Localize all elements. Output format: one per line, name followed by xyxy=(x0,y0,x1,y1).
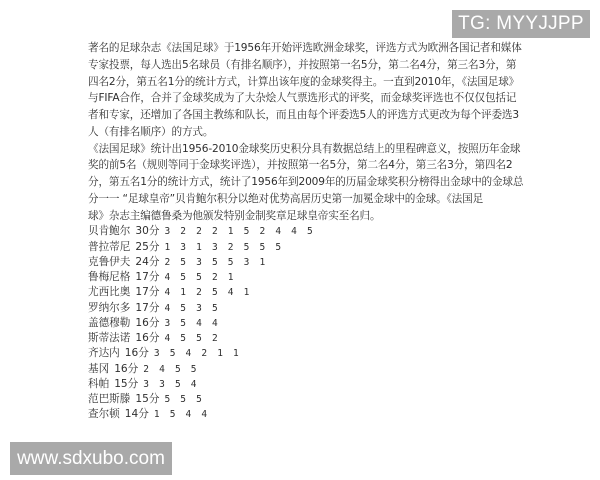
watermark-website: www.sdxubo.com xyxy=(10,442,172,475)
text-line: 与FIFA合作，合并了金球奖成为了大杂烩人气票选形式的评奖，而金球奖评选也不仅仅… xyxy=(88,90,538,107)
player-votes: 2 5 3 5 5 3 1 xyxy=(164,257,267,268)
player-ranking-list: 贝肯鲍尔30分3 2 2 2 1 5 2 4 4 5 普拉蒂尼25分1 3 1 … xyxy=(88,224,538,422)
player-points: 17分 xyxy=(135,286,159,298)
player-name: 科帕 xyxy=(88,377,109,392)
player-row: 鲁梅尼格17分4 5 5 2 1 xyxy=(88,270,538,285)
text-line: 著名的足球杂志《法国足球》于1956年开始评选欧洲金球奖，评选方式为欧洲各国记者… xyxy=(88,40,538,57)
player-points: 16分 xyxy=(135,317,159,329)
player-points: 16分 xyxy=(135,332,159,344)
player-name: 查尔顿 xyxy=(88,407,120,422)
text-line: 奖的前5名（规则等同于金球奖评选），并按照第一名5分，第二名4分，第三名3分，第… xyxy=(88,157,538,174)
text-line: 四名2分，第五名1分的统计方式，计算出该年度的金球奖得主。一直到2010年，《法… xyxy=(88,74,538,91)
player-row: 罗纳尔多17分4 5 3 5 xyxy=(88,301,538,316)
player-name: 普拉蒂尼 xyxy=(88,240,130,255)
player-points: 16分 xyxy=(114,363,138,375)
text-line: 球》杂志主编德鲁桑为他颁发特别金制奖章足球皇帝实至名归。 xyxy=(88,208,538,225)
player-points: 15分 xyxy=(114,378,138,390)
player-points: 15分 xyxy=(135,393,159,405)
paragraph-intro: 著名的足球杂志《法国足球》于1956年开始评选欧洲金球奖，评选方式为欧洲各国记者… xyxy=(88,40,538,141)
player-name: 齐达内 xyxy=(88,346,120,361)
text-line: 分，第五名1分的统计方式，统计了1956年到2009年的历届金球奖积分榜得出金球… xyxy=(88,174,538,191)
player-votes: 1 3 1 3 2 5 5 5 xyxy=(164,242,283,253)
player-row: 普拉蒂尼25分1 3 1 3 2 5 5 5 xyxy=(88,240,538,255)
article-body: 著名的足球杂志《法国足球》于1956年开始评选欧洲金球奖，评选方式为欧洲各国记者… xyxy=(88,40,538,423)
player-points: 30分 xyxy=(135,225,159,237)
player-points: 14分 xyxy=(125,408,149,420)
player-votes: 4 5 5 2 1 xyxy=(164,272,235,283)
player-name: 盖德穆勒 xyxy=(88,316,130,331)
player-name: 贝肯鲍尔 xyxy=(88,224,130,239)
player-points: 16分 xyxy=(125,347,149,359)
player-points: 17分 xyxy=(135,271,159,283)
player-points: 24分 xyxy=(135,256,159,268)
player-name: 尤西比奥 xyxy=(88,285,130,300)
text-line: 分一一 “足球皇帝”贝肯鲍尔积分以绝对优势高居历史第一加冕金球中的金球。《法国足 xyxy=(88,191,538,208)
player-votes: 4 1 2 5 4 1 xyxy=(164,287,251,298)
player-name: 鲁梅尼格 xyxy=(88,270,130,285)
player-row: 范巴斯滕15分5 5 5 xyxy=(88,392,538,407)
text-line: 专家投票，每人选出5名球员（有排名顺序），并按照第一名5分，第二名4分，第三名3… xyxy=(88,57,538,74)
player-votes: 2 4 5 5 xyxy=(143,364,198,375)
player-name: 克鲁伊夫 xyxy=(88,255,130,270)
player-row: 尤西比奥17分4 1 2 5 4 1 xyxy=(88,285,538,300)
text-line: 《法国足球》统计出1956-2010金球奖历史积分具有数据总结上的里程碑意义，按… xyxy=(88,141,538,158)
player-row: 基冈16分2 4 5 5 xyxy=(88,362,538,377)
player-row: 齐达内16分3 5 4 2 1 1 xyxy=(88,346,538,361)
player-votes: 3 5 4 2 1 1 xyxy=(154,348,241,359)
watermark-telegram: TG: MYYJJPP xyxy=(452,10,590,38)
player-votes: 3 5 4 4 xyxy=(164,318,219,329)
player-votes: 4 5 5 2 xyxy=(164,333,219,344)
player-name: 斯蒂法诺 xyxy=(88,331,130,346)
player-name: 罗纳尔多 xyxy=(88,301,130,316)
player-name: 范巴斯滕 xyxy=(88,392,130,407)
player-row: 盖德穆勒16分3 5 4 4 xyxy=(88,316,538,331)
player-row: 贝肯鲍尔30分3 2 2 2 1 5 2 4 4 5 xyxy=(88,224,538,239)
player-points: 17分 xyxy=(135,302,159,314)
player-row: 查尔顿14分1 5 4 4 xyxy=(88,407,538,422)
player-votes: 4 5 3 5 xyxy=(164,303,219,314)
player-row: 斯蒂法诺16分4 5 5 2 xyxy=(88,331,538,346)
player-row: 克鲁伊夫24分2 5 3 5 5 3 1 xyxy=(88,255,538,270)
player-votes: 3 3 5 4 xyxy=(143,379,198,390)
player-points: 25分 xyxy=(135,241,159,253)
player-row: 科帕15分3 3 5 4 xyxy=(88,377,538,392)
text-line: 人（有排名顺序）的方式。 xyxy=(88,124,538,141)
paragraph-statistics: 《法国足球》统计出1956-2010金球奖历史积分具有数据总结上的里程碑意义，按… xyxy=(88,141,538,225)
player-name: 基冈 xyxy=(88,362,109,377)
player-votes: 5 5 5 xyxy=(164,394,204,405)
player-votes: 1 5 4 4 xyxy=(154,409,209,420)
text-line: 者和专家，还增加了各国主教练和队长，而且由每个评委选5人的评选方式更改为每个评委… xyxy=(88,107,538,124)
player-votes: 3 2 2 2 1 5 2 4 4 5 xyxy=(164,226,314,237)
